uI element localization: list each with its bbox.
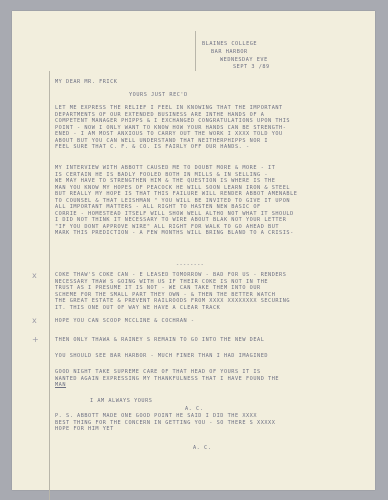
paragraph-line: all important matters - all right to has… [55,204,261,210]
paragraph-line: I did not think it necessary to wire abo… [55,217,286,223]
paragraph-line: feel sure that C. F. & Co. is fairly off… [55,144,250,150]
paragraph-line: necessary Thaw s going with us if their … [55,279,268,285]
pencil-margin-line [49,71,50,500]
address-line: Blaines College [202,41,257,47]
letter-page: Blaines College Bar Harbor Wednesday eve… [12,11,375,490]
paragraph-line: it. This one out of way we have a clear … [55,305,220,311]
paragraph-line: man you know my hopes of Peacock he will… [55,185,290,191]
paragraph-line: wanted again expressing my thankfulness … [55,376,279,382]
closing: I am always yours [90,398,152,404]
margin-x-mark: x [32,271,37,280]
paragraph-line: Let me express the relief I feel in know… [55,105,283,111]
address-line: Wednesday eve [220,57,268,63]
paragraph-line: point - now I only want to know how your… [55,125,286,131]
paragraph-line: Hope you can scoop McCline & Cochran - [55,318,195,324]
paragraph-line: departments of our extended business are… [55,112,264,118]
address-line: Bar Harbor [211,49,248,55]
paragraph-line: My interview with Abbott caused me to do… [55,165,275,171]
paragraph-line: "if you dont approve wire" All right for… [55,224,279,230]
paragraph-line: but really my hope is that this failure … [55,191,297,197]
paragraph-line: mark this prediction - a few months will… [55,230,294,236]
paragraph-line: Good night Take supreme care of that hea… [55,369,261,375]
salutation: My Dear Mr. Frick [55,79,117,85]
paragraph-line: man [55,382,66,388]
paragraph-line: Then only Thawa & Rainey s remain to go … [55,337,264,343]
margin-plus-mark: + [32,335,39,344]
separator: -------- [176,262,204,268]
paragraph-line: competent Manager Phipps & I exchanged c… [55,118,290,124]
paragraph-line: is certain he is badly fooled both in mi… [55,172,268,178]
postscript-line: P. S. Abbott made one good point He said… [55,413,257,419]
paragraph-line: You should see Bar Harbor - much finer t… [55,353,268,359]
paragraph-line: about but you can well understand that n… [55,138,268,144]
paragraph-line: the great estate & prevent Railroods fro… [55,298,290,304]
paragraph-line: trust as I presume it is not - We can ta… [55,285,261,291]
paragraph-line: Corrie - Homestead itself will show well… [55,211,294,217]
postscript-line: best thing for the concern in getting yo… [55,420,275,426]
signature: A. C. [185,406,203,412]
subheading: Yours just rec'd [129,92,188,98]
paragraph-line: ened - I am most anxious to carry out th… [55,131,283,137]
paragraph-line: We may have to strengthen him & the ques… [55,178,275,184]
margin-x-mark: x [32,316,37,325]
postscript-signature: A. C. [193,445,211,451]
postscript-line: hope for him yet [55,426,114,432]
paragraph-line: Coke Thaw's Coke can - e leased tomorrow… [55,272,286,278]
address-line: Sept 3 /89 [233,64,270,70]
paragraph-line: to Counsel & that Leishman " you will be… [55,198,290,204]
pencil-mark [195,31,196,71]
paragraph-line: scheme for the small part they own - & t… [55,292,275,298]
